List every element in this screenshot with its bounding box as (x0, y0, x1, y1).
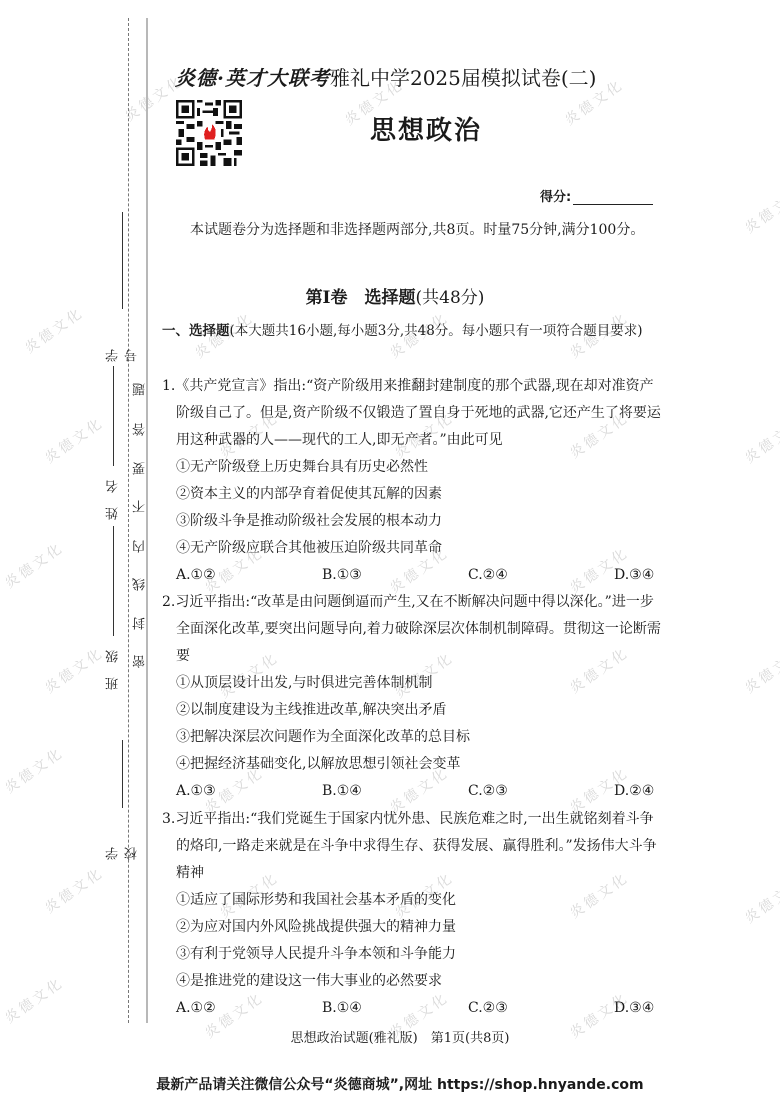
part-title-main: 第Ⅰ卷 选择题 (306, 288, 416, 308)
seal-dotted-line (128, 18, 129, 1023)
option-c[interactable]: C.②④ (468, 562, 614, 589)
section-label: 一、选择题 (162, 323, 230, 339)
statement-item: ④无产阶级应联合其他被压迫阶级共同革命 (162, 535, 666, 562)
watermark: 炎德文化 (40, 642, 107, 697)
seal-char: 答 (131, 423, 150, 436)
name-blank[interactable] (113, 366, 114, 466)
part-title: 第Ⅰ卷 选择题(共48分) (0, 283, 780, 308)
watermark: 炎德文化 (0, 537, 67, 592)
statement-item: ③阶级斗争是推动阶级社会发展的根本动力 (162, 508, 666, 535)
statement-item: ②以制度建设为主线推进改革,解决突出矛盾 (162, 697, 666, 724)
score-blank[interactable] (573, 192, 653, 205)
statement-item: ④把握经济基础变化,以解放思想引领社会变革 (162, 751, 666, 778)
class-label: 班级 (104, 636, 123, 690)
question-stem: 1.《共产党宣言》指出:“资产阶级用来推翻封建制度的那个武器,现在却对准资产阶级… (162, 373, 666, 454)
question-number: 2. (162, 594, 175, 610)
seal-char: 题 (131, 383, 150, 396)
option-a[interactable]: A.①② (176, 562, 322, 589)
watermark: 炎德文化 (740, 642, 780, 697)
exam-title: 炎德·英才大联考雅礼中学2025届模拟试卷(二) (175, 62, 596, 91)
name-label: 姓名 (104, 466, 123, 520)
name-field[interactable]: 姓名 (104, 365, 123, 520)
class-field[interactable]: 班级 (104, 525, 123, 690)
option-d[interactable]: D.③④ (614, 562, 654, 589)
brand-name: 炎德·英才大联考 (175, 66, 330, 90)
qr-code-icon[interactable] (176, 100, 242, 166)
statement-item: ①适应了国际形势和我国社会基本矛盾的变化 (162, 887, 666, 914)
seal-char: 封 (131, 617, 150, 630)
option-d[interactable]: D.②④ (614, 778, 654, 805)
watermark: 炎德文化 (0, 972, 67, 1027)
watermark: 炎德文化 (0, 742, 67, 797)
answer-options: A.①② B.①③ C.②④ D.③④ (162, 562, 666, 589)
watermark: 炎德文化 (20, 302, 87, 357)
seal-char: 线 (131, 578, 150, 591)
student-id-label: 学号 (104, 309, 142, 362)
question-1: 1.《共产党宣言》指出:“资产阶级用来推翻封建制度的那个武器,现在却对准资产阶级… (162, 373, 666, 589)
statement-item: ③有利于党领导人民提升斗争本领和斗争能力 (162, 941, 666, 968)
answer-options: A.①③ B.①④ C.②③ D.②④ (162, 778, 666, 805)
exam-instructions: 本试题卷分为选择题和非选择题两部分,共8页。时量75分钟,满分100分。 (162, 217, 662, 244)
seal-char: 密 (131, 655, 150, 668)
question-text: 习近平指出:“改革是由问题倒逼而产生,又在不断解决问题中得以深化。”进一步全面深… (175, 594, 661, 664)
question-number: 1. (162, 378, 175, 394)
statement-item: ③把解决深层次问题作为全面深化改革的总目标 (162, 724, 666, 751)
exam-name: 雅礼中学2025届模拟试卷(二) (330, 66, 597, 90)
score-label: 得分: (540, 186, 571, 205)
page-border-line (146, 18, 148, 1023)
promo-banner[interactable]: 最新产品请关注微信公众号“炎德商城”,网址 https://shop.hnyan… (0, 1074, 780, 1094)
question-text: 习近平指出:“我们党诞生于国家内忧外患、民族危难之时,一出生就铭刻着斗争的烙印,… (175, 811, 656, 881)
question-stem: 2.习近平指出:“改革是由问题倒逼而产生,又在不断解决问题中得以深化。”进一步全… (162, 589, 666, 670)
watermark: 炎德文化 (740, 182, 780, 237)
option-b[interactable]: B.①③ (322, 562, 468, 589)
seal-char: 内 (131, 540, 150, 553)
option-b[interactable]: B.①④ (322, 778, 468, 805)
option-a[interactable]: A.①② (176, 995, 322, 1022)
option-b[interactable]: B.①④ (322, 995, 468, 1022)
school-field[interactable]: 学校 (104, 740, 142, 860)
section-instruction: (本大题共16小题,每小题3分,共48分。每小题只有一项符合题目要求) (230, 323, 643, 339)
watermark: 炎德文化 (740, 412, 780, 467)
answer-options: A.①② B.①④ C.②③ D.③④ (162, 995, 666, 1022)
statement-item: ④是推进党的建设这一伟大事业的必然要求 (162, 968, 666, 995)
option-c[interactable]: C.②③ (468, 995, 614, 1022)
school-blank[interactable] (123, 740, 124, 808)
seal-char: 不 (131, 500, 150, 513)
statement-item: ①无产阶级登上历史舞台具有历史必然性 (162, 454, 666, 481)
watermark: 炎德文化 (40, 412, 107, 467)
page-footer: 思想政治试题(雅礼版) 第1页(共8页) (0, 1027, 780, 1046)
section-heading: 一、选择题(本大题共16小题,每小题3分,共48分。每小题只有一项符合题目要求) (162, 318, 666, 345)
question-number: 3. (162, 811, 175, 827)
statement-item: ①从顶层设计出发,与时俱进完善体制机制 (162, 670, 666, 697)
option-c[interactable]: C.②③ (468, 778, 614, 805)
statement-item: ②资本主义的内部孕育着促使其瓦解的因素 (162, 481, 666, 508)
option-a[interactable]: A.①③ (176, 778, 322, 805)
option-d[interactable]: D.③④ (614, 995, 654, 1022)
school-label: 学校 (104, 808, 142, 860)
watermark: 炎德文化 (40, 862, 107, 917)
statement-item: ②为应对国内外风险挑战提供强大的精神力量 (162, 914, 666, 941)
subject-title: 思想政治 (370, 110, 482, 147)
class-blank[interactable] (113, 526, 114, 636)
part-title-note: (共48分) (416, 288, 485, 308)
question-stem: 3.习近平指出:“我们党诞生于国家内忧外患、民族危难之时,一出生就铭刻着斗争的烙… (162, 806, 666, 887)
seal-char: 要 (131, 462, 150, 475)
question-text: 《共产党宣言》指出:“资产阶级用来推翻封建制度的那个武器,现在却对准资产阶级自己… (175, 378, 661, 448)
watermark: 炎德文化 (740, 872, 780, 927)
question-2: 2.习近平指出:“改革是由问题倒逼而产生,又在不断解决问题中得以深化。”进一步全… (162, 589, 666, 805)
question-3: 3.习近平指出:“我们党诞生于国家内忧外患、民族危难之时,一出生就铭刻着斗争的烙… (162, 806, 666, 1022)
score-field[interactable]: 得分: (540, 186, 653, 205)
exam-page: 炎德文化 炎德文化 炎德文化 炎德文化 炎德文化 炎德文化 炎德文化 炎德文化 … (0, 0, 780, 1104)
